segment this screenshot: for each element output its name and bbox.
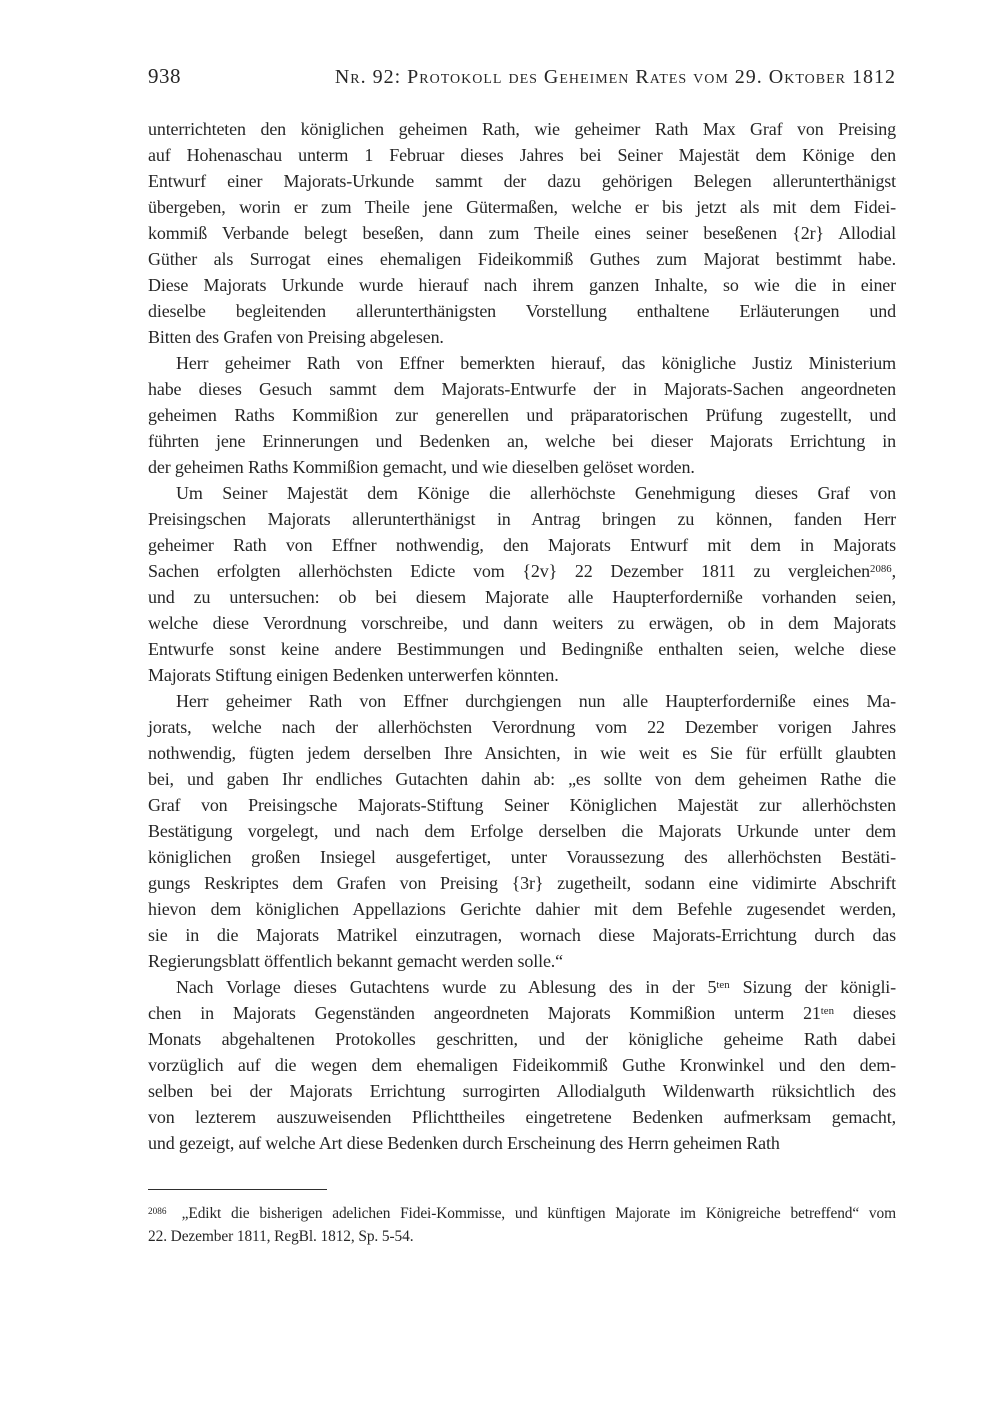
text-line: übergeben, worin er zum Theile jene Güte… (148, 194, 896, 220)
text-line: führten jene Erinnerungen und Bedenken a… (148, 428, 896, 454)
text-line: Entwurf einer Majorats-Urkunde sammt der… (148, 168, 896, 194)
text-line: hievon dem königlichen Appellazions Geri… (148, 896, 896, 922)
text-line: geheimen Raths Kommißion zur generellen … (148, 402, 896, 428)
footnote: 2086 „Edikt die bisherigen adelichen Fid… (148, 1202, 896, 1248)
text-line: jorats, welche nach der allerhöchsten Ve… (148, 714, 896, 740)
text-line: Nach Vorlage dieses Gutachtens wurde zu … (148, 974, 896, 1000)
text-line: Graf von Preisingsche Majorats-Stiftung … (148, 792, 896, 818)
text-line: bei, und gaben Ihr endliches Gutachten d… (148, 766, 896, 792)
text-line: von lezterem auszuweisenden Pflichttheil… (148, 1104, 896, 1130)
footnote-line: 2086 „Edikt die bisherigen adelichen Fid… (148, 1202, 896, 1225)
book-page: 938 Nr. 92: Protokoll des Geheimen Rates… (0, 0, 1004, 1418)
text-line: Herr geheimer Rath von Effner bemerkten … (148, 350, 896, 376)
footnote-line: 22. Dezember 1811, RegBl. 1812, Sp. 5-54… (148, 1225, 896, 1248)
text-line: geheimer Rath von Effner nothwendig, den… (148, 532, 896, 558)
text-line: dieselbe begleitenden allerunterthänigst… (148, 298, 896, 324)
text-line: der geheimen Raths Kommißion gemacht, un… (148, 454, 896, 480)
text-line: Um Seiner Majestät dem Könige die allerh… (148, 480, 896, 506)
body-text: unterrichteten den königlichen geheimen … (148, 116, 896, 1156)
running-head: Nr. 92: Protokoll des Geheimen Rates vom… (335, 66, 896, 89)
text-line: königlichen großen Insiegel ausgefertige… (148, 844, 896, 870)
footnote-divider (148, 1189, 327, 1190)
text-line: vorzüglich auf die wegen dem ehemaligen … (148, 1052, 896, 1078)
text-line: welche diese Verordnung vorschreibe, und… (148, 610, 896, 636)
text-line: sie in die Majorats Matrikel einzutragen… (148, 922, 896, 948)
text-line: habe dieses Gesuch sammt dem Majorats-En… (148, 376, 896, 402)
text-line: Majorats Stiftung einigen Bedenken unter… (148, 662, 896, 688)
text-line: nothwendig, fügten jedem derselben Ihre … (148, 740, 896, 766)
text-line: gungs Reskriptes dem Grafen von Preising… (148, 870, 896, 896)
page-header: 938 Nr. 92: Protokoll des Geheimen Rates… (148, 64, 896, 89)
text-line: Güther als Surrogat eines ehemaligen Fid… (148, 246, 896, 272)
text-line: Herr geheimer Rath von Effner durchgieng… (148, 688, 896, 714)
text-line: selben bei der Majorats Errichtung surro… (148, 1078, 896, 1104)
text-line: Diese Majorats Urkunde wurde hierauf nac… (148, 272, 896, 298)
page-number: 938 (148, 64, 181, 89)
text-line: und gezeigt, auf welche Art diese Bedenk… (148, 1130, 896, 1156)
text-line: Preisingschen Majorats allerunterthänigs… (148, 506, 896, 532)
text-line: auf Hohenaschau unterm 1 Februar dieses … (148, 142, 896, 168)
text-line: Sachen erfolgten allerhöchsten Edicte vo… (148, 558, 896, 584)
text-line: unterrichteten den königlichen geheimen … (148, 116, 896, 142)
text-line: und zu untersuchen: ob bei diesem Majora… (148, 584, 896, 610)
text-line: kommiß Verbande belegt beseßen, dann zum… (148, 220, 896, 246)
text-line: Entwurfe sonst keine andere Bestimmungen… (148, 636, 896, 662)
text-line: Regierungsblatt öffentlich bekannt gemac… (148, 948, 896, 974)
text-line: Monats abgehaltenen Protokolles geschrit… (148, 1026, 896, 1052)
text-line: chen in Majorats Gegenständen angeordnet… (148, 1000, 896, 1026)
text-line: Bestätigung vorgelegt, und nach dem Erfo… (148, 818, 896, 844)
text-line: Bitten des Grafen von Preising abgelesen… (148, 324, 896, 350)
